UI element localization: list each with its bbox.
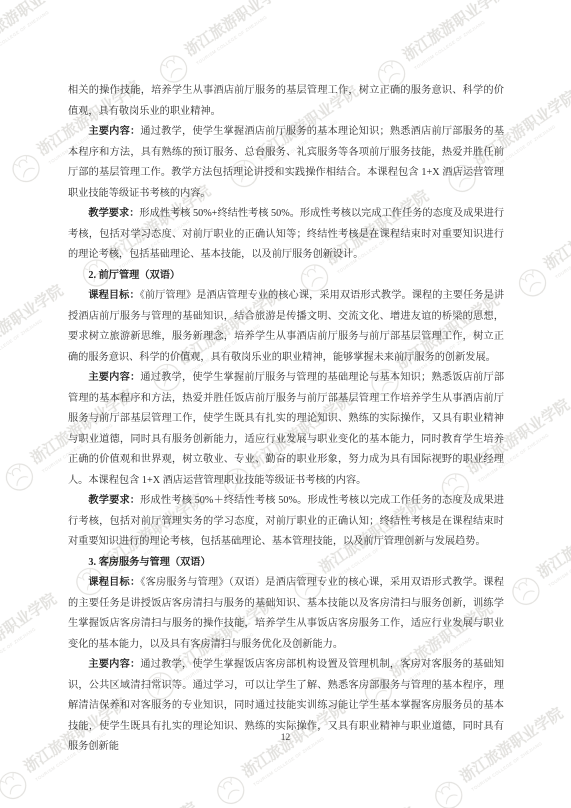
paragraph-text: 相关的操作技能，培养学生从事酒店前厅服务的基层管理工作，树立正确的服务意识、科学… bbox=[68, 85, 504, 117]
heading-text: 3. 客房服务与管理（双语） bbox=[88, 557, 210, 568]
paragraph-text: 通过教学，使学生掌握前厅服务与管理的基础理论与基本知识；熟悉饭店前厅部管理的基本… bbox=[68, 372, 504, 486]
document-body: 相关的操作技能，培养学生从事酒店前厅服务的基层管理工作，树立正确的服务意识、科学… bbox=[68, 81, 504, 758]
heading-text: 2. 前厅管理（双语） bbox=[88, 270, 180, 281]
section-heading-housekeeping-management: 3. 客房服务与管理（双语） bbox=[68, 553, 504, 574]
paragraph-label: 主要内容： bbox=[88, 372, 140, 383]
paragraph-teaching-requirements-front-office-management: 教学要求：形成性考核 50%＋终结性考核 50%。形成性考核以完成工作任务的态度… bbox=[68, 491, 504, 553]
paragraph-main-content-front-office-management: 主要内容：通过教学，使学生掌握前厅服务与管理的基础理论与基本知识；熟悉饭店前厅部… bbox=[68, 368, 504, 491]
page-number: 12 bbox=[0, 733, 571, 743]
paragraph-label: 教学要求： bbox=[88, 495, 140, 506]
paragraph-label: 教学要求： bbox=[88, 208, 139, 219]
paragraph-continuation: 相关的操作技能，培养学生从事酒店前厅服务的基层管理工作，树立正确的服务意识、科学… bbox=[68, 81, 504, 122]
paragraph-label: 课程目标： bbox=[88, 290, 139, 301]
section-heading-front-office-management: 2. 前厅管理（双语） bbox=[68, 266, 504, 287]
paragraph-course-objectives-front-office-management: 课程目标：《前厅管理》是酒店管理专业的核心课，采用双语形式教学。课程的主要任务是… bbox=[68, 286, 504, 368]
paragraph-label: 主要内容： bbox=[88, 659, 140, 670]
document-page: 浙江旅游职业学院 TOURISM COLLEGE OF ZHEJIANG 相关的… bbox=[0, 0, 571, 808]
paragraph-label: 课程目标： bbox=[88, 577, 140, 588]
paragraph-main-content-front-office-service: 主要内容：通过教学，使学生掌握酒店前厅服务的基本理论知识；熟悉酒店前厅部服务的基… bbox=[68, 122, 504, 204]
paragraph-teaching-requirements-front-office-service: 教学要求：形成性考核 50%+终结性考核 50%。形成性考核以完成工作任务的态度… bbox=[68, 204, 504, 266]
paragraph-label: 主要内容： bbox=[88, 126, 140, 137]
paragraph-course-objectives-housekeeping: 课程目标：《客房服务与管理》（双语）是酒店管理专业的核心课，采用双语形式教学。课… bbox=[68, 573, 504, 655]
